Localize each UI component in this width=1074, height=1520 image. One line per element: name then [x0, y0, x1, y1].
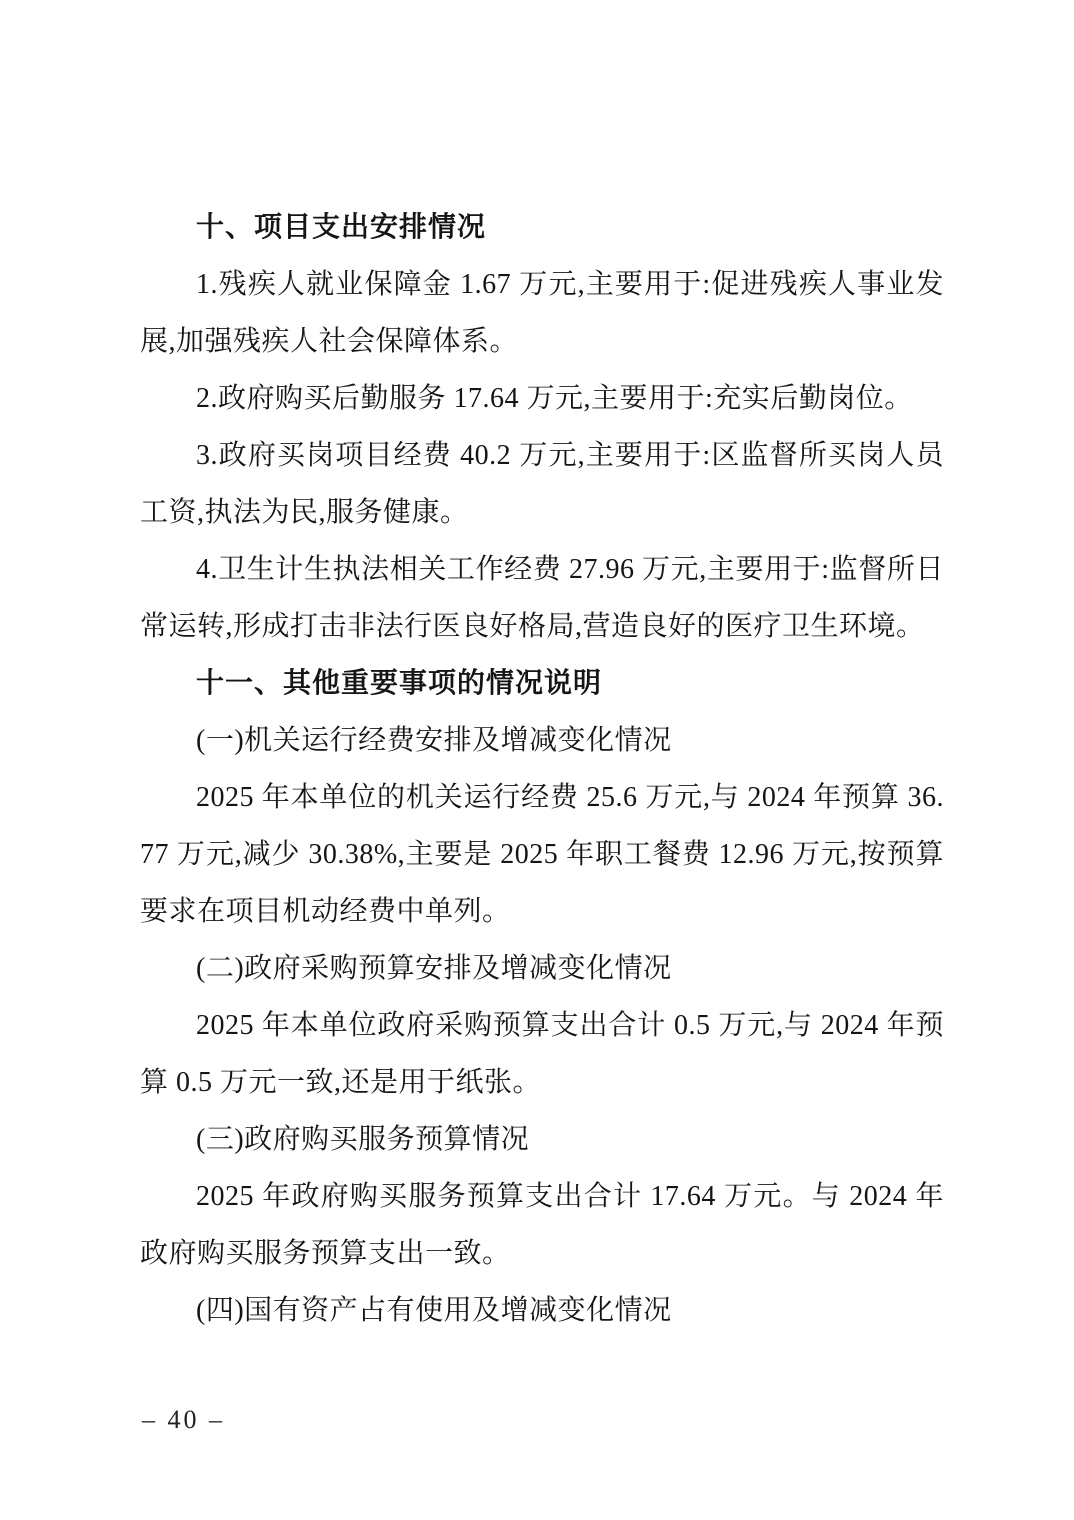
paragraph-operating-expenses: 2025 年本单位的机关运行经费 25.6 万元,与 2024 年预算 36.7… — [140, 769, 944, 940]
subsection-heading-3: (三)政府购买服务预算情况 — [140, 1111, 944, 1168]
paragraph-procurement-budget: 2025 年本单位政府采购预算支出合计 0.5 万元,与 2024 年预算 0.… — [140, 997, 944, 1111]
section-heading-11: 十一、其他重要事项的情况说明 — [140, 655, 944, 712]
paragraph-purchased-services: 2025 年政府购买服务预算支出合计 17.64 万元。与 2024 年政府购买… — [140, 1168, 944, 1282]
paragraph-item-4: 4.卫生计生执法相关工作经费 27.96 万元,主要用于:监督所日常运转,形成打… — [140, 541, 944, 655]
paragraph-item-3: 3.政府买岗项目经费 40.2 万元,主要用于:区监督所买岗人员工资,执法为民,… — [140, 427, 944, 541]
paragraph-item-1: 1.残疾人就业保障金 1.67 万元,主要用于:促进残疾人事业发展,加强残疾人社… — [140, 256, 944, 370]
subsection-heading-1: (一)机关运行经费安排及增减变化情况 — [140, 712, 944, 769]
document-page: 十、项目支出安排情况 1.残疾人就业保障金 1.67 万元,主要用于:促进残疾人… — [0, 0, 1074, 1520]
paragraph-item-2: 2.政府购买后勤服务 17.64 万元,主要用于:充实后勤岗位。 — [140, 370, 944, 427]
subsection-heading-2: (二)政府采购预算安排及增减变化情况 — [140, 940, 944, 997]
page-number: – 40 – — [142, 1405, 225, 1435]
section-heading-10: 十、项目支出安排情况 — [140, 199, 944, 256]
document-body: 十、项目支出安排情况 1.残疾人就业保障金 1.67 万元,主要用于:促进残疾人… — [140, 199, 944, 1339]
subsection-heading-4: (四)国有资产占有使用及增减变化情况 — [140, 1282, 944, 1339]
